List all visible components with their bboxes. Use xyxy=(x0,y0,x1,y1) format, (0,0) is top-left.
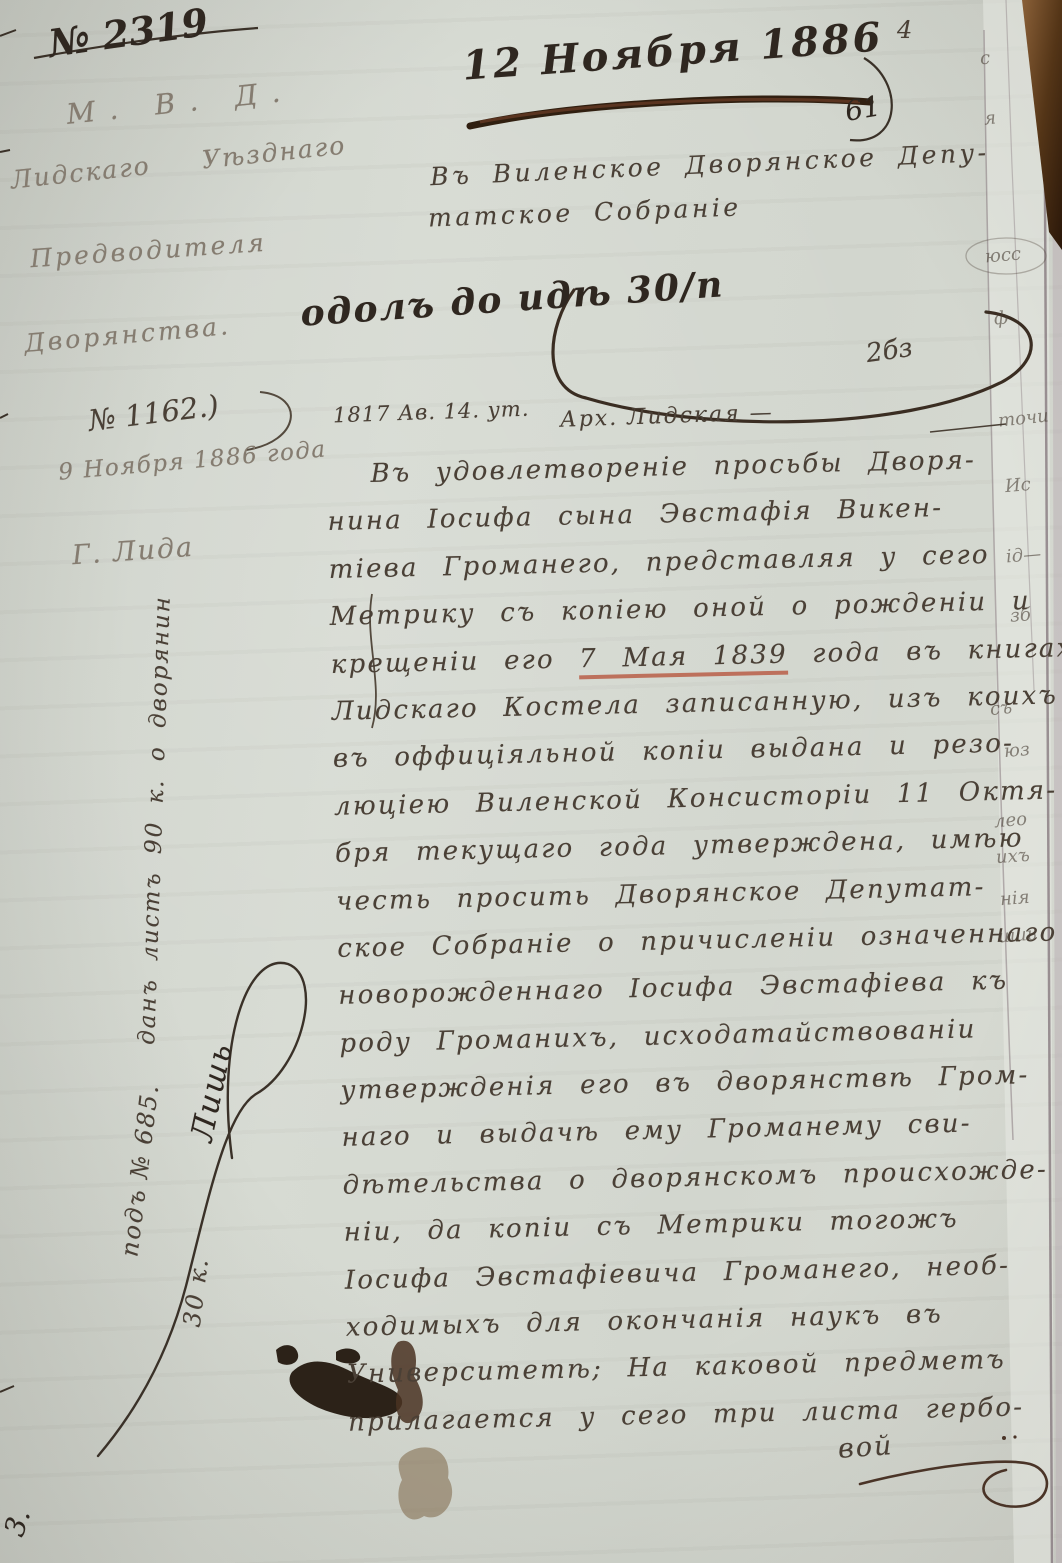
left-edge-marks xyxy=(0,30,16,1392)
page-number: 4 xyxy=(897,16,912,44)
edge-fragment: я xyxy=(983,107,997,129)
flourish-dot xyxy=(1013,1435,1016,1438)
edge-fragment: съ xyxy=(989,697,1013,720)
body-line-part: года въ книгахъ xyxy=(787,632,1062,669)
edge-fragment: ихъ xyxy=(995,845,1030,868)
edge-fragment: ід— xyxy=(1005,544,1042,568)
ink-blot-small xyxy=(276,1345,298,1365)
faded-blot xyxy=(398,1447,452,1519)
edge-fragment: ишь xyxy=(997,923,1037,947)
edge-fragment: с xyxy=(979,48,991,70)
edge-fragment: юз xyxy=(1003,739,1030,762)
body-text: Въ удовлетвореніе просьбы Дворя- нина Іо… xyxy=(326,436,1062,1447)
body-line-part: крещеніи его xyxy=(330,644,579,680)
edge-fragment: нія xyxy=(999,887,1030,910)
closing-word: вой xyxy=(837,1430,894,1465)
flourish-dot xyxy=(1002,1436,1006,1440)
edge-fragment: лео xyxy=(993,809,1028,833)
document-photo: № 2319 12 Ноября 1886 4 61 М. В. Д. Лидс… xyxy=(0,0,1062,1563)
side-scribble: 2бз xyxy=(864,333,914,369)
number-61: 61 xyxy=(842,89,883,128)
edge-fragment: юсс xyxy=(984,243,1022,267)
edge-fragment: ф xyxy=(993,308,1009,330)
edge-fragment: зб xyxy=(1009,604,1031,626)
red-underlined-date: 7 Мая 1839 xyxy=(579,639,788,679)
edge-fragment: Ис xyxy=(1004,474,1032,497)
